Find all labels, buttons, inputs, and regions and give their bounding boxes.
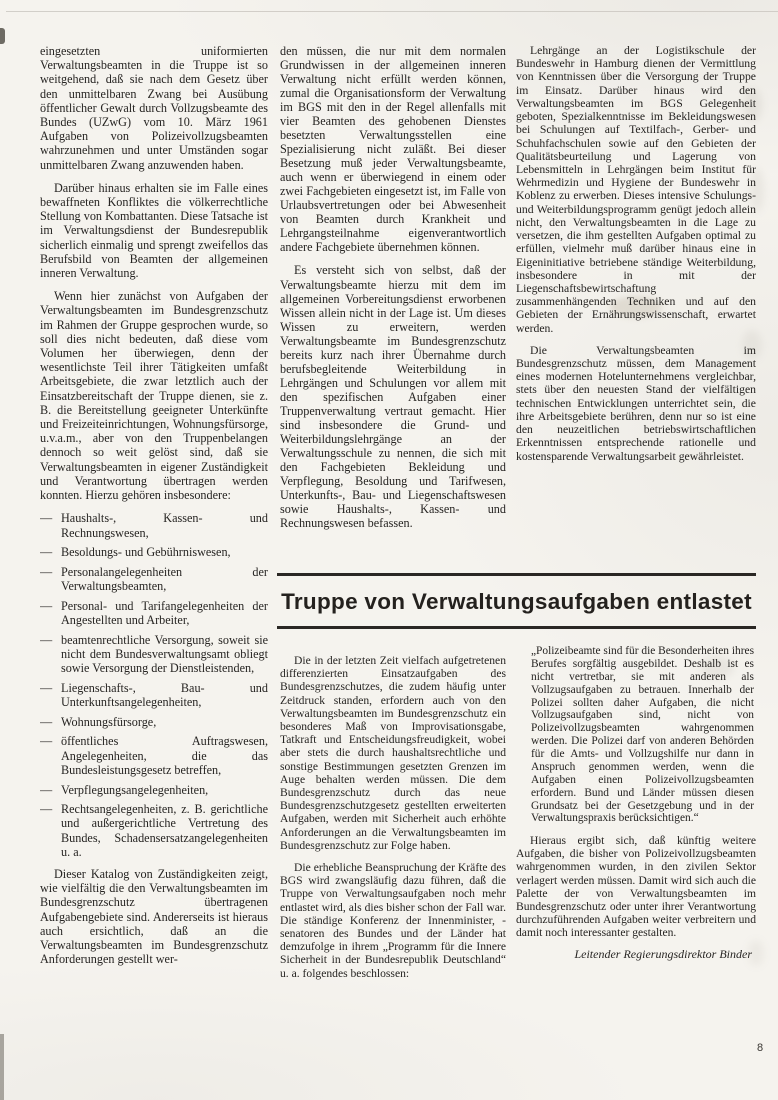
paragraph: Wenn hier zunächst von Aufgaben der Verw… xyxy=(40,289,268,502)
bottom-article-column-right: „Polizeibeamte sind für die Besonderheit… xyxy=(516,645,756,1090)
scanned-document-page: { "page": { "number": "8", "paper_color"… xyxy=(0,0,778,1100)
list-item-text: Haushalts-, Kassen- und Rechnungswesen, xyxy=(61,511,268,539)
page-number: 8 xyxy=(757,1042,763,1054)
headline-block: Truppe von Verwaltungsaufgaben entlastet xyxy=(277,573,756,629)
list-item: Haushalts-, Kassen- und Rechnungswesen, xyxy=(40,511,268,539)
list-item-text: Liegenschafts-, Bau- und Unterkunftsange… xyxy=(61,681,268,709)
dash-marker xyxy=(40,681,52,695)
paragraph: Es versteht sich von selbst, daß der Ver… xyxy=(280,263,506,530)
paragraph: Die Verwaltungsbeamten im Bundesgrenzsch… xyxy=(516,344,756,463)
list-item: Rechtsangelegenheiten, z. B. gerichtlich… xyxy=(40,802,268,859)
dash-marker xyxy=(40,545,52,559)
list-item-text: öffentliches Auftragswesen, Angelegenhei… xyxy=(61,734,268,776)
author-byline: Leitender Regierungsdirektor Binder xyxy=(516,948,756,962)
paragraph: Darüber hinaus erhalten sie im Falle ein… xyxy=(40,181,268,280)
dash-marker xyxy=(40,511,52,525)
list-item: Personal- und Tarifangelegenheiten der A… xyxy=(40,599,268,627)
article-column-3: Lehrgänge an der Logistikschule der Bund… xyxy=(516,44,756,570)
bottom-article-column-left: Die in der letzten Zeit vielfach aufgetr… xyxy=(280,654,506,1086)
article-column-2: den müssen, die nur mit dem normalen Gru… xyxy=(280,44,506,568)
paragraph: den müssen, die nur mit dem normalen Gru… xyxy=(280,44,506,254)
list-item: beamtenrechtliche Versorgung, soweit sie… xyxy=(40,633,268,676)
scan-artifact-left-mark xyxy=(0,28,5,44)
dash-marker xyxy=(40,715,52,729)
paragraph: Die in der letzten Zeit vielfach aufgetr… xyxy=(280,654,506,852)
paragraph: Dieser Katalog von Zuständigkeiten zeigt… xyxy=(40,867,268,966)
quote-block: „Polizeibeamte sind für die Besonderheit… xyxy=(516,645,756,825)
paragraph: Hieraus ergibt sich, daß künftig weitere… xyxy=(516,834,756,939)
list-item: Personalangelegenheiten der Verwaltungsb… xyxy=(40,565,268,593)
dash-list: Haushalts-, Kassen- und Rechnungswesen, … xyxy=(40,511,268,859)
scan-artifact-left-strip xyxy=(0,1034,4,1100)
list-item-text: Personalangelegenheiten der Verwaltungsb… xyxy=(61,565,268,593)
list-item-text: Wohnungsfürsorge, xyxy=(61,715,156,729)
list-item: Besoldungs- und Gebührniswesen, xyxy=(40,545,268,559)
paragraph: Lehrgänge an der Logistikschule der Bund… xyxy=(516,44,756,335)
list-item-text: Verpflegungsangelegenheiten, xyxy=(61,783,208,797)
dash-marker xyxy=(40,734,52,748)
dash-marker xyxy=(40,633,52,647)
list-item-text: Rechtsangelegenheiten, z. B. gerichtlich… xyxy=(61,802,268,859)
article-headline: Truppe von Verwaltungsaufgaben entlastet xyxy=(277,589,756,615)
list-item-text: Besoldungs- und Gebührniswesen, xyxy=(61,545,231,559)
list-item: Liegenschafts-, Bau- und Unterkunftsange… xyxy=(40,681,268,709)
list-item: Wohnungsfürsorge, xyxy=(40,715,268,729)
list-item: Verpflegungsangelegenheiten, xyxy=(40,783,268,797)
dash-marker xyxy=(40,565,52,579)
list-item-text: Personal- und Tarifangelegenheiten der A… xyxy=(61,599,268,627)
dash-marker xyxy=(40,783,52,797)
list-item-text: beamtenrechtliche Versorgung, soweit sie… xyxy=(61,633,268,675)
top-scan-hairline xyxy=(6,11,778,12)
article-column-1: eingesetzten uniformierten Verwaltungsbe… xyxy=(40,44,268,1086)
dash-marker xyxy=(40,802,52,816)
paragraph: eingesetzten uniformierten Verwaltungsbe… xyxy=(40,44,268,172)
dash-marker xyxy=(40,599,52,613)
list-item: öffentliches Auftragswesen, Angelegenhei… xyxy=(40,734,268,777)
paragraph: Die erhebliche Beanspruchung der Kräfte … xyxy=(280,861,506,980)
